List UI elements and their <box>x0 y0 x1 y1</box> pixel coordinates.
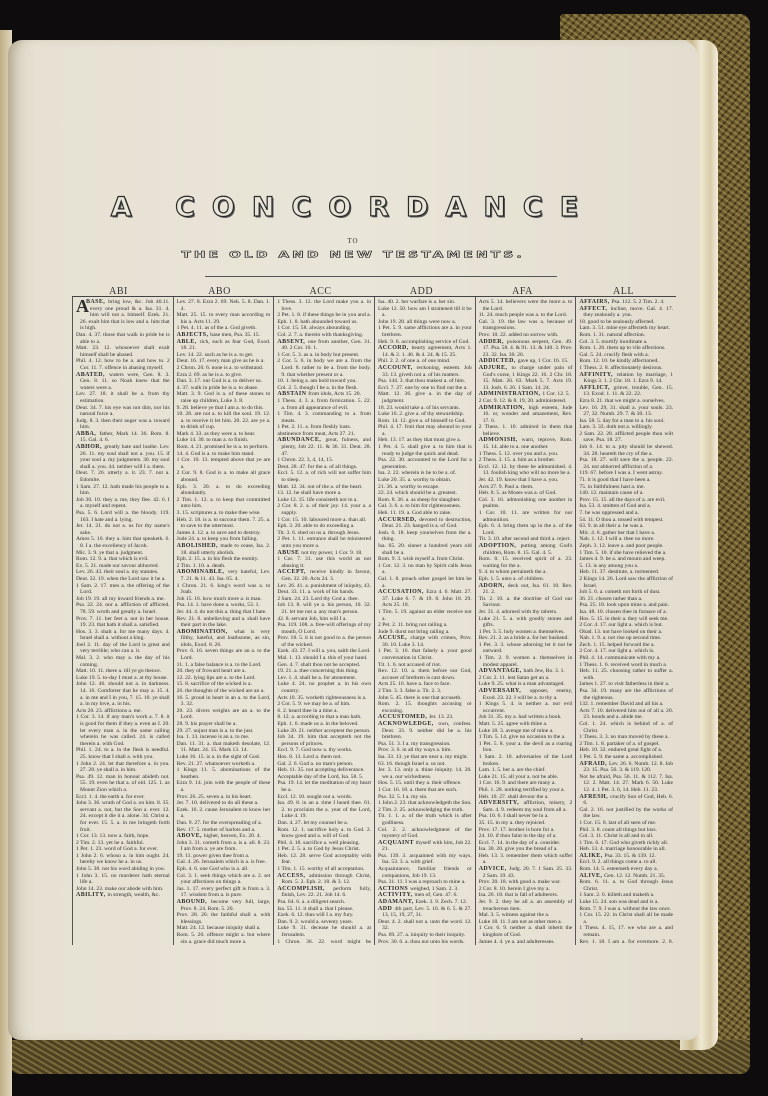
entry-text: 7. he was oppressed and a. <box>579 510 639 516</box>
concordance-column: 1 Thess. 3. 12. the Lord make you a. in … <box>274 297 375 945</box>
entry-text: Luke 16. 15. is a. in the sight of God. <box>177 754 260 760</box>
entry-text: Col. 3. 5. mortify inordinate a. <box>579 339 647 345</box>
concordance-entry: 2 Tim. 3. 3. false a. Tit. 2. 3. <box>378 688 472 695</box>
concordance-entry: 63. 16. though Israel a. us not. <box>378 761 472 768</box>
concordance-entry: Heb. 12. 28. serve God acceptably with f… <box>277 853 371 866</box>
concordance-entry: Gal. 1. 8. preach other gospel let him b… <box>378 576 472 589</box>
concordance-entry: Gal. 4. 26. Jerusalem which is a. is fre… <box>177 859 271 866</box>
entry-text: Jer. 31. 4. adorned with thy tabrets. <box>479 609 558 615</box>
entry-text: Heb. 12. 28. serve God acceptably with f… <box>277 853 371 866</box>
entry-text: 18. 23. would take a. of his servants. <box>378 405 460 411</box>
headword: ACCESS, <box>277 873 309 879</box>
concordance-entry: Luke 21. 5. a. with goodly stones and gi… <box>479 616 573 629</box>
entry-text: Phil. 3. 8. count all things but loss. <box>579 827 657 833</box>
concordance-entry: Deut. 16. 17. every man give as he is a. <box>177 358 271 365</box>
concordance-entry: 1 Cor. 15. 10. laboured more a. than all… <box>277 517 371 524</box>
entry-text: 2 Tim. 1. 12. a. to keep that committed … <box>177 497 271 510</box>
concordance-entry: 1 Tim. 2. 9. women a. themselves in mode… <box>479 655 573 668</box>
headword: ACCEPT, <box>277 569 310 575</box>
entry-text: Rev. 21. 8. unbelieving and a. shall hav… <box>177 616 271 629</box>
entry-text: base men, Psa. 35. 15. <box>210 332 260 338</box>
entry-text: 2 Pet. 2. 11. bring not railing a. <box>378 622 448 628</box>
headword: ABOVE, <box>177 833 204 839</box>
headword: ACCUSATION, <box>378 589 426 595</box>
entry-text: Deut. 33. 11. a. work of his hands. <box>277 589 354 595</box>
concordance-entry: Lev. 14. 22. such as he is a. to get. <box>177 352 271 359</box>
entry-text: 2 Cor. 4. 17. our light a. which is but. <box>579 622 663 628</box>
entry-text: 1 Thess. 3. 3. no man moved by these a. <box>579 734 669 740</box>
concordance-entry: ABOUND, become very full, large, Prov. 8… <box>177 899 271 912</box>
concordance-entry: 2 Pet. 1. 11. entrance shall be minister… <box>277 536 371 549</box>
entry-text: Job 5. 6. a. cometh not forth of dust. <box>579 589 660 595</box>
concordance-entry: ADVICE, Judg. 20. 7. 1 Sam. 25. 33. 2 Sa… <box>479 866 573 879</box>
concordance-entry: Jer. 31. 4. adorned with thy tabrets. <box>479 609 573 616</box>
concordance-entry: Jer. 3. 13. only a. thine iniquity. 14. … <box>378 767 472 780</box>
concordance-entry: Matt. 10. 11. there a. till ye go thence… <box>76 668 170 675</box>
entry-text: Rev. 12. 10. a. them before our God, acc… <box>378 668 472 681</box>
concordance-entry: Jer. 44. 4. do not this a. thing that I … <box>177 609 271 616</box>
concordance-entry: Job 30. 10. they a. me, they flee. 42. 6… <box>76 497 170 510</box>
concordance-entry: ADMINISTRATION, 1 Cor. 12. 5. <box>479 391 573 398</box>
entry-text: Dan. 4. 27. let my counsel be a. <box>277 820 348 826</box>
concordance-entry: Rev. 1. 18. I am a. for evermore. 2. 8. … <box>579 939 673 945</box>
entry-text: 2 Pet. 1. 8. if these things be in you a… <box>277 312 371 318</box>
entry-text: Psa. 5. 6. Lord will a. the bloody. 119.… <box>76 510 170 523</box>
concordance-entry: 2 Cor. 5. 9. we may be a. of him. <box>277 701 371 708</box>
concordance-entry: 1 Chron. 36. 22. word might be accomplis… <box>277 939 371 945</box>
entry-text: 1 Tim. 5. 14. give no occasion to the a. <box>479 734 566 740</box>
concordance-entry: ACCURSED, devoted to destruction, Deut. … <box>378 517 472 530</box>
concordance-entry: Eph. 3. 20. a. to do exceeding abundantl… <box>177 484 271 497</box>
concordance-entry: ADDICTED, gave up, 1 Cor. 16. 15. <box>479 358 573 365</box>
entry-text: Lev. 16. 29, 31. shall a. your souls. 23… <box>579 405 673 418</box>
entry-text: Isa. 65. 20. sinner a hundred years old … <box>378 543 472 556</box>
concordance-entry: Prov. 3. 6. in all thy ways a. him. <box>378 747 472 754</box>
concordance-entry: 10. 28. are not a. to kill the soul. 19.… <box>177 411 271 431</box>
entry-text: Acts 27. 9. Paul a. them. <box>479 484 534 490</box>
concordance-entry: ABLE, rich, such as fear God, Exod. 18. … <box>177 339 271 352</box>
concordance-entry: Lam. 3. 33. doth not a. willingly. <box>579 424 673 431</box>
concordance-entry: Deut. 7. 26. utterly a. it. 23. 7. not a… <box>76 470 170 483</box>
entry-text: 13. 12. he shall have more a. <box>277 490 341 496</box>
entry-text: 2 Cor. 9. 12. & 8. 19, 20. administered. <box>479 398 566 404</box>
concordance-entry: 7. he was oppressed and a. <box>579 510 673 517</box>
entry-text: 6. 2. heard thee in a time a. <box>277 708 338 714</box>
entry-text: 35. 15. in my a. they rejoiced. <box>479 820 546 826</box>
entry-text: Psa. 144. 3. that thou makest a. of him. <box>378 378 465 384</box>
headword: ADOPTION, <box>479 543 521 549</box>
entry-text: Heb. 10. 27. shall devour the a. <box>479 794 549 800</box>
entry-text: Psa. 34. 19. many are the afflictions of… <box>579 688 673 701</box>
entry-text: Luke 20. 21. neither acceptest the perso… <box>277 728 370 734</box>
concordance-entry: ACCOUNT, reckoning, esteem. Job 33. 13. … <box>378 365 472 378</box>
concordance-entry: AFFAIRS, Psa. 112. 5. 2 Tim. 2. 4. <box>579 299 673 306</box>
concordance-entry: 1 Sam. 2. 6. killeth and maketh a. <box>579 892 673 899</box>
entry-text: Acts 7. 10. delivered him out of all a. … <box>579 708 673 721</box>
concordance-entry: Psa. 31. 11. I was a reproach to mine a. <box>378 879 472 886</box>
entry-text: 9. 4. to whom pertaineth the a. <box>479 569 547 575</box>
entry-text: 1 Tim. 4. 3. commanding to a. from meats… <box>277 411 371 424</box>
entry-text: Acts 20. 23. afflictions a. me. <box>76 708 142 714</box>
entry-text: Isa. 33. 13. ye that are near a. my migh… <box>378 754 468 760</box>
entry-text: 3. 15. scriptures a. to make thee wise. <box>177 510 261 516</box>
entry-text: 2 Tim. 1. 8. partaker of a. of gospel. <box>579 741 659 747</box>
concordance-entry: 9. 4. to whom pertaineth the a. <box>479 569 573 576</box>
entry-text: Luke 4. 24. no prophet a. in his own cou… <box>277 681 371 694</box>
concordance-entry: Dan. 3. 17. our God is a. to deliver us. <box>177 378 271 385</box>
entry-text: Ezra 9. 14. join with the people of thes… <box>177 780 271 793</box>
entry-text: Acquaintance, familiar friends or compan… <box>378 866 472 879</box>
entry-text: Lev. 1. 4. shall be a. for atonement. <box>277 675 356 681</box>
entry-text: Psa. 14. 1. have done a. works, 53. 1. <box>177 602 260 608</box>
concordance-entry: ABATED, waters were, Gen. 8. 3. Gen. 8. … <box>76 372 170 392</box>
concordance-entry: Isa. 1. 13. incense is an a. to me. <box>177 734 271 741</box>
concordance-entry: 2 Cor. 9. 8. God is a. to make all grace… <box>177 470 271 483</box>
concordance-entry: James 4. 9. be a. and mourn and weep. <box>579 556 673 563</box>
concordance-entry: 1 Pet. 3. 3. whose adorning let it not b… <box>479 642 573 655</box>
concordance-entry: 22. 24. which should be a. greatest. <box>378 490 472 497</box>
concordance-entry: Eph. 1. 5. unto a. of children. <box>479 576 573 583</box>
concordance-entry: Psa. 51. 3. I a. my transgression. <box>378 741 472 748</box>
entry-text: Mal. 3. 2. who may a. the day of his com… <box>76 655 170 668</box>
entry-text: Tit. 1. 1. a. of the truth which is afte… <box>378 813 472 826</box>
entry-text: Rom. 14. 12. give a. of himself to God. <box>378 418 466 424</box>
concordance-entry: 1 John 3. 15. no murderer hath eternal l… <box>76 873 170 886</box>
concordance-entry: Gal. 2. 6. God a. no man's person. <box>277 761 371 768</box>
entry-text: Isa. 49. 8. in an a. time I heard thee. … <box>277 800 371 819</box>
entry-text: 2 Tim. 3. 3. false a. Tit. 2. 3. <box>378 688 441 694</box>
entry-text: 1 Pet. 3. 5. holy women a. themselves. <box>479 629 565 635</box>
headword: ABBA, <box>76 431 99 437</box>
concordance-entry: Ezek. 16. 2. cause Jerusalem to know her… <box>177 807 271 820</box>
entry-text: Prov. 15. 15. all the days of a. are evi… <box>579 497 665 503</box>
entry-text: Isa. 48. 10. chosen thee in furnace of a… <box>579 609 667 615</box>
entry-text: 15. 8. sacrifice of the wicked is a. <box>177 681 252 687</box>
entry-text: John 3. 36. wrath of God a. on him. 8. 3… <box>76 800 170 832</box>
entry-text: Psa. 22. 30. accounted to the Lord for a… <box>378 457 472 470</box>
page-title: A CONCORDANCE <box>8 192 698 223</box>
concordance-entry: 1 Tim. 1. 15. worthy of all acceptation. <box>277 866 371 873</box>
entry-text: Josh. 6. 18. keep yourselves from the a.… <box>378 530 472 543</box>
concordance-entry: ADD 4th part, Lev. 5. 16. & 6. 5. & 27. … <box>378 906 472 919</box>
concordance-entry: Prov. 26. 25. seven a. in his heart. <box>177 794 271 801</box>
concordance-entry: Rom. 12. 1. sacrifice holy a. to God. 2.… <box>277 827 371 840</box>
entry-text: Eph. 3. 20. able to do exceeding a. <box>277 523 354 529</box>
concordance-entry: Dan. 9. 27. for the overspreading of a. <box>177 820 271 827</box>
headword: ABOMINABLE, <box>177 569 228 575</box>
entry-text: Tit. 3. 6. shed on us a. through Jesus. <box>277 530 360 536</box>
concordance-entry: Col. 1. 24. which is behind of a. of Chr… <box>579 721 673 734</box>
entry-text: 11. 1. a false balance is a. to the Lord… <box>177 662 262 668</box>
concordance-entry: 1 John 2. 24. let that therefore a. in y… <box>76 761 170 774</box>
concordance-entry: 13. 12. he shall have more a. <box>277 490 371 497</box>
concordance-entry: Eph. 3. 20. able to do exceeding a. <box>277 523 371 530</box>
concordance-entry: Isa. 58. 5. day for a man to a. his soul… <box>579 418 673 425</box>
entry-text: 2 Tim. 2. 25. acknowledging the truth. <box>378 807 464 813</box>
concordance-entry: Jer. 14. 21. do not a. us for thy name's… <box>76 523 170 536</box>
concordance-entry: Zeph. 3. 12. leave a. and poor people. <box>579 543 673 550</box>
entry-text: John 5. 38. not his word abiding in you. <box>76 866 165 872</box>
entry-text: Luke 12. 15. life consisteth not in a. <box>277 497 357 503</box>
concordance-entry: ABUSE not my power, 1 Cor. 9. 18. <box>277 550 371 557</box>
concordance-entry: 1 Thess. 4. 3. a. from fornication. 5. 2… <box>277 398 371 411</box>
entry-text: Mal. 3. 5. witness against the a. <box>479 912 550 918</box>
concordance-entry: 2 Cor. 9. 12. & 8. 19, 20. administered. <box>479 398 573 405</box>
concordance-entry: 1 Thess. 3. 3. no man moved by these a. <box>579 734 673 741</box>
entry-text: Heb. 11. 19. a. God able to raise. <box>378 510 451 516</box>
headword: ACCUSE, <box>378 635 410 641</box>
entry-text: Matt. 25. 15. to every man according to … <box>177 312 271 325</box>
entry-text: 5. 13. is any among you a. <box>579 563 638 569</box>
concordance-entry: Jer. 9. 2. they be all a. an assembly of… <box>479 899 573 912</box>
entry-text: Isa. 1. 13. incense is an a. to me. <box>177 734 250 740</box>
entry-text: Col. 3. 11. Christ is all and in all. <box>579 833 653 839</box>
concordance-entry: ADVANTAGE, hath Jew, Ro. 3. 1. <box>479 668 573 675</box>
concordance-entry: 1 Cor. 10. 13. tempted above that ye are… <box>177 457 271 470</box>
concordance-entry: Psa. 22. 24. nor a. affliction of afflic… <box>76 602 170 615</box>
concordance-entry: 1 Pet. 5. 9. the same a. accomplished. <box>579 754 673 761</box>
entry-text: Col. 2. 7. a. therein with thanksgiving. <box>277 332 363 338</box>
concordance-entry: Gal. 3. 6. a. to him for righteousness. <box>378 503 472 510</box>
entry-text: Job 34. 19. him that accepteth not the p… <box>277 734 371 747</box>
concordance-entry: Ex. 5. 21. made our savour abhorred. <box>76 563 170 570</box>
concordance-entry: 132. 1. remember David and all his a. <box>579 701 673 708</box>
entry-text: Ezra 8. 21. that we might a. ourselves. <box>579 398 665 404</box>
entry-text: Matt. 5. 25. agree with thine a. <box>479 721 548 727</box>
concordance-entry: John 14. 23. make our abode with him. <box>76 886 170 893</box>
concordance-entry: 1 Cor. 15. 8. last of all seen of me. <box>579 820 673 827</box>
concordance-entry: 1 John 2. 23. that acknowledgeth the Son… <box>378 800 472 807</box>
concordance-entry: Eph. 1. 8. hath abounded toward us. <box>277 319 371 326</box>
concordance-entry: Rom. 12. 10. be kindly affectioned. <box>579 358 673 365</box>
concordance-entry: ABOVE, higher, heaven, Ex. 20. 4. <box>177 833 271 840</box>
concordance-entry: ADAMANT, Ezek. 3. 9. Zech. 7. 12. <box>378 899 472 906</box>
concordance-entry: 20. 23. divers weights are an a. to the … <box>177 708 271 721</box>
concordance-entry: Phil. 4. 12. how to be a. and how to. 2 … <box>76 358 170 371</box>
entry-text: Jer. 13. 23. <box>429 714 453 720</box>
concordance-entry: Eccl. 12. 12. by these be admonished. 4.… <box>479 464 573 477</box>
concordance-entry: Isa. 40. 2. her warfare is a. her sin. <box>378 299 472 306</box>
concordance-entry: Luke 4. 24. no prophet a. in his own cou… <box>277 681 371 694</box>
entry-text: Isa. 30. 20. give you the bread of a. <box>479 846 558 852</box>
headword: ADDER, <box>479 339 507 345</box>
entry-text: 2 Tim. 2. 13. yet he a. faithful. <box>76 840 144 846</box>
concordance-entry: Rom. 12. 9. a. that which is evil. <box>76 556 170 563</box>
entry-text: Isa. 2. 22. wherein is he to be a. of. <box>378 470 456 476</box>
entry-text: hath Jew, Ro. 3. 1. <box>524 668 565 674</box>
concordance-entry: Matt. 5. 25. agree with thine a. <box>479 721 573 728</box>
entry-text: Ezek. 43. 27. I will a. you, saith the L… <box>277 648 370 654</box>
entry-text: 1 Chron. 21. 6. king's word was a. to Jo… <box>177 583 271 596</box>
entry-text: Dan. 4. 37. those that walk in pride he … <box>76 332 170 345</box>
entry-text: 1 Cor. 16. 9. and there are many a. <box>479 780 556 786</box>
entry-text: Heb. 9. 6. accomplishing service of God. <box>378 339 470 345</box>
entry-text: 14. 4. God is a. to make him stand. <box>177 451 255 457</box>
entry-text: Matt. 12. 34. out of the a. of the heart… <box>277 484 362 490</box>
concordance-entry: Psa. 49. 12. man in honour abideth not. … <box>76 774 170 794</box>
concordance-entry: 1 Thess. 5. 12. over you and a. you. <box>479 451 573 458</box>
concordance-entry: Dan. 9. 2. would a. seventy years. <box>277 919 371 926</box>
concordance-column: Lev. 27. 8. Ezra 2. 69. Neh. 5. 8. Dan. … <box>174 297 275 945</box>
entry-text: 1 Cor. 15. 22. in Christ shall all be ma… <box>579 912 673 925</box>
entry-text: Psa. 25. 18. look upon mine a. and pain. <box>579 602 669 608</box>
concordance-entry: Isa. 30. 20. give you the bread of a. <box>479 846 573 853</box>
concordance-entry: ADOPTION, putting among God's children, … <box>479 543 573 556</box>
entry-text: Lam. 3. 51. mine eye affecteth my heart. <box>579 325 670 331</box>
entry-text: Zech. 1. 15. helped forward the a. <box>579 642 655 648</box>
concordance-entry: 1 Thess. 4. 15, 17. we who are a. and re… <box>579 925 673 938</box>
headword: ACTIVITY, <box>378 892 414 898</box>
entry-text: 1 Tim. 1. 15. worthy of all acceptation. <box>277 866 364 872</box>
concordance-entry: 21. 36. a. worthy to escape. <box>378 484 472 491</box>
entry-text: 12. 22. lying lips are a. to the Lord. <box>177 675 256 681</box>
concordance-entry: ADDER, poisonous serpent, Gen. 49. 17. P… <box>479 339 573 359</box>
concordance-entry: Psa. 14. 1. have done a. works, 53. 1. <box>177 602 271 609</box>
entry-text: 1 Sam. 2. 17. men a. the offering of the… <box>76 583 170 596</box>
entry-text: Mal. 1. 13. should I a. this of your han… <box>277 655 367 661</box>
concordance-entry: Hos. 5. 15. until they a. their offence. <box>378 780 472 787</box>
entry-text: Hos. 8. 13. Lord a. them not. <box>277 754 341 760</box>
concordance-entry: 1 Cor. 15. 22. in Christ shall all be ma… <box>579 912 673 925</box>
concordance-entry: Isa. 65. 20. sinner a hundred years old … <box>378 543 472 556</box>
entry-text: Hos. 5. 15. until they a. their offence. <box>378 780 461 786</box>
concordance-entry: Luke 18. 3. avenge me of mine a. <box>479 728 573 735</box>
entry-text: weighed, 1 Sam. 2. 3. <box>410 886 458 892</box>
concordance-entry: Heb. 13. 4. marriage honourable in all. <box>579 846 673 853</box>
concordance-entry: Lam. 3. 51. mine eye affecteth my heart. <box>579 325 673 332</box>
concordance-entry: James 4. 4. ye a. and adulteresses. <box>479 939 573 945</box>
concordance-entry: Heb. 11. 35. not accepting deliverance. <box>277 767 371 774</box>
entry-text: 1 John 2. 24. let that therefore a. in y… <box>76 761 170 774</box>
concordance-entry: Lev. 27. 8. Ezra 2. 69. Neh. 5. 8. Dan. … <box>177 299 271 312</box>
entry-text: 42. 8. servant Job, him will I a. <box>277 616 346 622</box>
entry-text: 1 Cor. 15. 10. laboured more a. than all… <box>277 517 366 523</box>
entry-text: 1 John 2. 23. that acknowledgeth the Son… <box>378 800 472 806</box>
concordance-entry: Ezra 9. 14. join with the people of thes… <box>177 780 271 793</box>
entry-text: Psa. 64. 6. a. a diligent search. <box>277 899 345 905</box>
entry-text: 2 Thess. 1. 10. admired in them that bel… <box>479 424 573 437</box>
concordance-entry: 1 Cor. 13. 13. now a. faith, hope. <box>76 833 170 840</box>
concordance-entry: Prov. 7. 11. her feet a. not in her hous… <box>76 616 170 629</box>
entry-text: Gal. 3. 6. a. to him for righteousness. <box>378 503 461 509</box>
concordance-entry: Luke 12. 50. how am I straitened till it… <box>378 306 472 319</box>
entry-text: Matt. 24. 12. because iniquity shall a. <box>177 925 261 931</box>
concordance-entry: Mic. 3. 9. ye that a. judgment. <box>76 550 170 557</box>
entry-text: Eccl. 7. 27. one by one to find out the … <box>378 385 467 391</box>
concordance-entry: 1 Thess. 2. 8. affectionately desirous. <box>579 365 673 372</box>
concordance-entry: Prov. 28. 20. the faithful shall a. with… <box>177 912 271 925</box>
entry-text: 29. 27. unjust man is a. to the just. <box>177 728 254 734</box>
concordance-entry: Mal. 1. 13. should I a. this of your han… <box>277 655 371 662</box>
concordance-entry: Jer. 7. 10. delivered to do all these a. <box>177 800 271 807</box>
entry-text: Eph. 6. 4. bring them up in the a. of th… <box>479 523 573 536</box>
title-rule <box>205 276 557 277</box>
entry-text: 10. 28. are not a. to kill the soul. 19.… <box>177 411 271 430</box>
entry-text: Isa. 58. 5. day for a man to a. his soul… <box>579 418 664 424</box>
entry-text: Prov. 10. 22. added no sorrow with. <box>479 332 559 338</box>
entry-text: Gal. 3. 19. the law was a. because of tr… <box>479 319 573 332</box>
concordance-entry: Jude 9. durst not bring railing a. <box>378 629 472 636</box>
entry-text: Eph. 1. 8. hath abounded toward us. <box>277 319 357 325</box>
concordance-entry: Rom. 1. 26. them up to vile affections. <box>579 345 673 352</box>
entry-text: 1 Cor. 10. 13. tempted above that ye are… <box>177 457 271 470</box>
entry-text: 24. 10. if thou faint in the day of a. <box>479 833 557 839</box>
entry-text: Lev. 26. 43. their soul a. my statutes. <box>76 569 158 575</box>
entry-text: 1 Sam. 2. 6. killeth and maketh a. <box>579 892 654 898</box>
entry-text: 1 Thess. 5. 12. over you and a. you. <box>479 451 559 457</box>
concordance-entry: Psa. 25. 18. look upon mine a. and pain. <box>579 602 673 609</box>
concordance-entry: Rom. 1. 31. natural affection. <box>579 332 673 339</box>
concordance-entry: Phil. 1. 24. to a. in the flesh is needf… <box>76 747 170 760</box>
concordance-entry: Prov. 30. 6. a. thou not unto his words. <box>378 939 472 945</box>
entry-text: 4th part, Lev. 5. 16. & 6. 5. & 27. 13, … <box>382 906 472 919</box>
concordance-entry: Matt. 25. 15. to every man according to … <box>177 312 271 325</box>
headword: ABOMINATION, <box>177 629 234 635</box>
concordance-entry: 1 Cor. 16. 18. a. them that are such. <box>378 787 472 794</box>
concordance-entry: 1 Pet. 3. 16. that falsely a. your good … <box>378 648 472 661</box>
concordance-entry: Ezra 2. 69. as he is a. to give. <box>177 372 271 379</box>
entry-text: Heb. 10. 32. endured great fight of a. <box>579 747 662 753</box>
concordance-entry: Phil. 3. 8. count all things but loss. <box>579 827 673 834</box>
entry-text: 1 Pet. 5. 8. your a. the devil as a roar… <box>479 741 573 754</box>
headword: ADVERSARY, <box>479 688 530 694</box>
entry-text: Isa. 55. 11. it shall a. that I please. <box>277 906 353 912</box>
entry-text: 1 Pet. 2. 11. a. from fleshly lusts. <box>277 424 351 430</box>
concordance-entry: 1 Pet. 1. 23. word of God a. for ever. <box>76 846 170 853</box>
concordance-entry: John 12. 46. should not a. in darkness. … <box>76 681 170 707</box>
concordance-entry: Tit. 1. 1. a. of the truth which is afte… <box>378 813 472 826</box>
concordance-entry: Eph. 2. 15. a. in his flesh the enmity. <box>177 556 271 563</box>
concordance-entry: Heb. 13. 3. remember them which suffer a… <box>479 853 573 866</box>
entry-text: Rom. 6. 11. a. to God through Jesus Chri… <box>579 879 673 892</box>
entry-text: James 4. 4. ye a. and adulteresses. <box>479 939 555 945</box>
concordance-entry: 140. 12. maintain cause of a. <box>579 490 673 497</box>
headword: ADORN, <box>479 583 508 589</box>
concordance-entry: ACCUSE, charge with crimes, Prov. 30. 10… <box>378 635 472 648</box>
concordance-entry: Job 13. 8. will ye a. his person, 10. 32… <box>277 602 371 615</box>
entry-text: Prov. 20. 18. with good a. make war. <box>479 879 561 885</box>
entry-text: 2 Cor. 8. 2. a. of their joy. 14. your a… <box>277 503 371 516</box>
concordance-entry: Rom. 4. 21. promised he is a. to perform… <box>177 444 271 451</box>
entry-text: Col. 2. 5. though I be a. in the flesh. <box>277 385 357 391</box>
entry-text: 8. 12. a. according to that a man hath. <box>277 714 361 720</box>
headword: ACQUAINT <box>378 840 416 846</box>
entry-text: Psa. 10. 6. I shall never be in a. <box>479 813 549 819</box>
entry-text: 1 Pet. 3. 3. whose adorning let it not b… <box>479 642 573 655</box>
concordance-entry: Lev. 1. 4. shall be a. for atonement. <box>277 675 371 682</box>
headword: ABOLISHED, <box>177 543 221 549</box>
concordance-entry: Deut. 4. 2. shall not a. unto the word. … <box>378 919 472 932</box>
concordance-entry: Phil. 2. 2. of one a. of one mind. <box>378 358 472 365</box>
entry-text: Deut. 7. 26. utterly a. it. 23. 7. not a… <box>76 470 170 483</box>
concordance-entry: Nah. 1. 12. I will a. thee no more. <box>579 536 673 543</box>
headword: ALIVE, <box>579 873 604 879</box>
concordance-entry: Heb. 11. 37. destitute, a. tormented. <box>579 569 673 576</box>
concordance-entry: Job 6. 14. to a. pity should be shewed. … <box>579 444 673 457</box>
entry-text: Phil. 4. 14. communicate with my a. <box>579 655 660 661</box>
entry-text: men of, Gen. 47. 6. <box>414 892 457 898</box>
entry-text: abstinence from meat, Acts 27. 21. <box>277 431 355 437</box>
concordance-entry: Luke 20. 35. a. worthy to obtain. <box>378 477 472 484</box>
entry-text: Matt. 12. 36. give a. in the day of judg… <box>378 391 472 404</box>
concordance-entry: Phil. 4. 18. sacrifice a. well pleasing. <box>277 840 371 847</box>
entry-text: 2 Cor. 2. 11. lest Satan get an a. <box>479 675 550 681</box>
concordance-entry: Isa. 53. 4. smitten of God and a. <box>579 503 673 510</box>
concordance-entry: Luke 9. 31. decease he should a. at Jeru… <box>277 925 371 938</box>
headword: AFFAIRS, <box>579 299 611 305</box>
concordance-entry: 2 Cor. 2. 11. lest Satan get an a. <box>479 675 573 682</box>
concordance-entry: Phil. 4. 14. communicate with my a. <box>579 655 673 662</box>
